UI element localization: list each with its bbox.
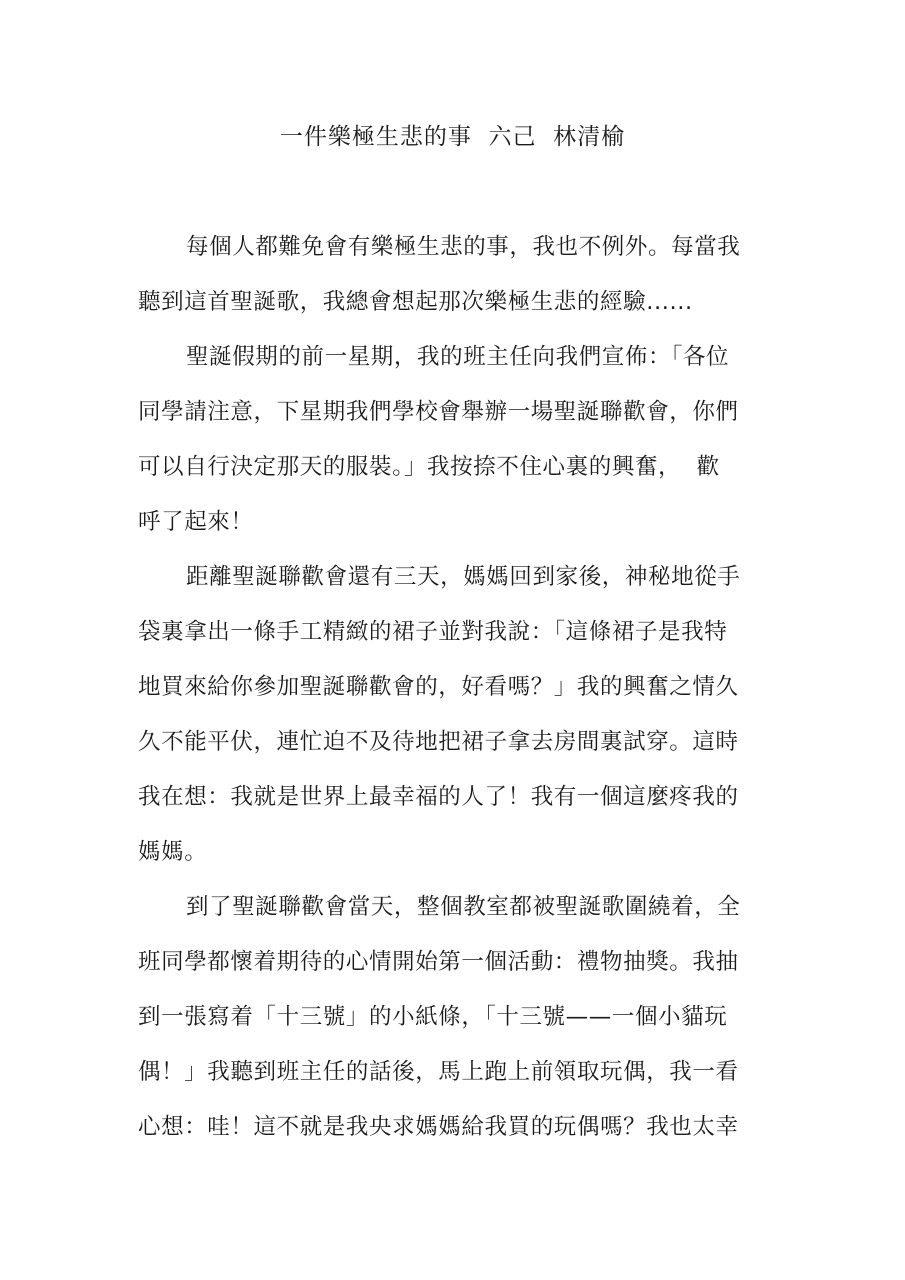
text-line-13: 到了聖誕聯歡會當天，整個教室都被聖誕歌圍繞着，全 xyxy=(186,891,740,923)
text-line-10: 久不能平伏，連忙迫不及待地把裙子拿去房間裏試穿。這時 xyxy=(138,726,739,758)
text-line-14: 班同學都懷着期待的心情開始第一個活動：禮物抽獎。我抽 xyxy=(138,946,739,978)
text-line-16: 偶！」我聽到班主任的話後，馬上跑上前領取玩偶，我一看 xyxy=(138,1056,739,1088)
text-line-3: 聖誕假期的前一星期，我的班主任向我們宣佈：「各位 xyxy=(186,341,729,373)
text-line-17: 心想：哇！這不就是我央求媽媽給我買的玩偶嗎？我也太幸 xyxy=(138,1111,739,1143)
text-line-8: 袋裏拿出一條手工精緻的裙子並對我說：「這條裙子是我特 xyxy=(138,616,727,648)
text-line-4: 同學請注意，下星期我們學校會舉辦一場聖誕聯歡會，你們 xyxy=(138,396,739,428)
text-line-9: 地買來給你參加聖誕聯歡會的，好看嗎？」我的興奮之情久 xyxy=(138,671,739,703)
document-page: 一件樂極生悲的事 六己 林清榆 每個人都難免會有樂極生悲的事，我也不例外。每當我… xyxy=(0,0,905,1280)
text-line-7: 距離聖誕聯歡會還有三天，媽媽回到家後，神秘地從手 xyxy=(186,561,740,593)
document-title: 一件樂極生悲的事 六己 林清榆 xyxy=(0,121,905,153)
text-line-6: 呼了起來！ xyxy=(138,506,254,538)
text-line-2: 聽到這首聖誕歌，我總會想起那次樂極生悲的經驗...... xyxy=(138,286,693,318)
text-line-11: 我在想：我就是世界上最幸福的人了！我有一個這麼疼我的 xyxy=(138,781,739,813)
text-line-15: 到一張寫着「十三號」的小紙條，「十三號——一個小貓玩 xyxy=(138,1001,727,1033)
text-line-12: 媽媽。 xyxy=(138,836,207,868)
text-line-5: 可以自行決定那天的服裝。」我按捺不住心裏的興奮， 歡 xyxy=(138,451,720,483)
text-line-1: 每個人都難免會有樂極生悲的事，我也不例外。每當我 xyxy=(186,231,740,263)
